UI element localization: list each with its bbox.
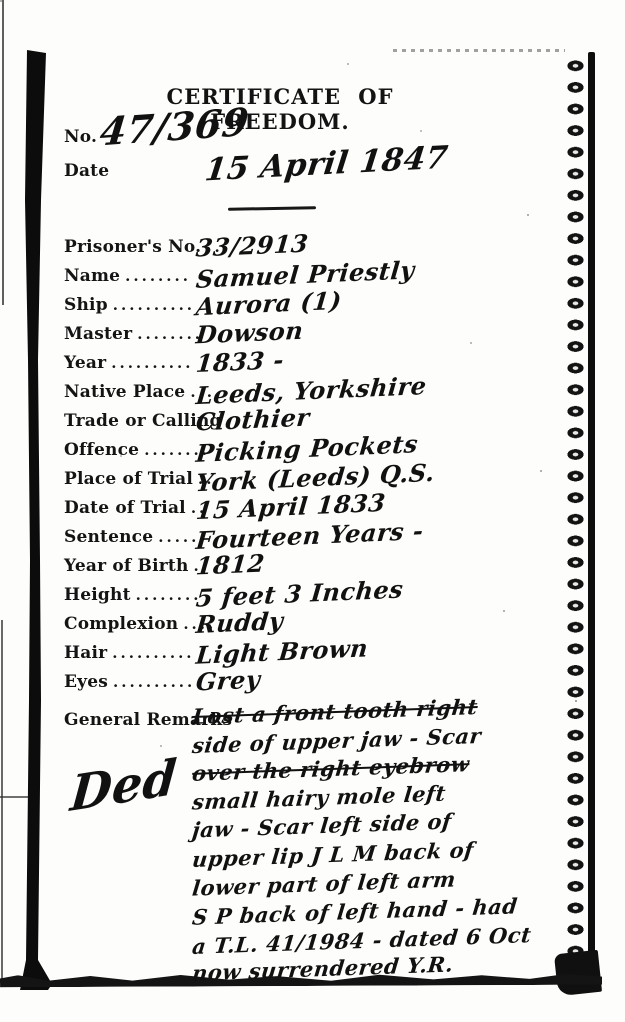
field-value-handwritten: Dowson: [195, 316, 305, 350]
date-label: Date: [64, 161, 109, 181]
field-label: Name: [64, 266, 120, 286]
field-label: Place of Trial: [64, 469, 193, 489]
dotted-leader: ........: [137, 325, 203, 343]
field-row-hair: Hair.......... Light Brown: [64, 643, 524, 672]
date-underline-stroke: [228, 206, 316, 211]
field-value-handwritten: Light Brown: [195, 633, 370, 670]
field-label: Year of Birth: [64, 556, 189, 576]
margin-initials-handwritten: Ded: [68, 749, 179, 823]
field-label: Prisoner's No.: [64, 237, 201, 257]
certificate-number-handwritten: 47/369: [98, 99, 252, 155]
general-remarks-handwritten-block: Lost a front tooth right side of upper j…: [192, 699, 592, 985]
certificate-document-page: CERTIFICATE OF FREEDOM. No. 47/369 Date …: [0, 0, 625, 1022]
field-row-height: Height........ 5 feet 3 Inches: [64, 585, 524, 614]
field-label: Date of Trial: [64, 498, 186, 518]
dotted-leader: ..........: [113, 296, 195, 314]
dotted-leader: ..........: [112, 644, 194, 662]
field-value-handwritten: 33/2913: [195, 228, 310, 262]
field-row-master: Master........ Dowson: [64, 324, 524, 353]
field-row-sentence: Sentence...... Fourteen Years -: [64, 527, 524, 556]
field-label: Native Place: [64, 382, 185, 402]
field-label: Ship: [64, 295, 108, 315]
field-label: Hair: [64, 643, 107, 663]
field-rows: Prisoner's No... 33/2913 Name........ Sa…: [64, 237, 524, 701]
scan-left-edge-dash: [0, 796, 30, 798]
scan-left-edge-line: [2, 0, 4, 305]
scan-speckles: [0, 0, 2, 2]
field-label: Complexion: [64, 614, 178, 634]
field-value-handwritten: Ruddy: [195, 606, 285, 639]
field-value-handwritten: 1812: [195, 548, 267, 580]
dotted-leader: ..........: [111, 354, 193, 372]
field-value-handwritten: Aurora (1): [195, 286, 343, 322]
no-label: No.: [64, 127, 97, 147]
field-label: Eyes: [64, 672, 108, 692]
field-value-handwritten: 1833 -: [195, 345, 286, 378]
certificate-date-handwritten: 15 April 1847: [203, 139, 450, 188]
field-label: Sentence: [64, 527, 153, 547]
field-label: Height: [64, 585, 131, 605]
field-label: Offence: [64, 440, 139, 460]
dotted-leader: ........: [136, 586, 202, 604]
field-value-handwritten: Grey: [195, 665, 262, 697]
dotted-leader: ........: [125, 267, 191, 285]
scan-top-speckle-line: [393, 49, 565, 52]
field-label: Master: [64, 324, 132, 344]
scan-left-edge-line: [1, 620, 3, 985]
dotted-leader: ..........: [113, 673, 195, 691]
field-label: Year: [64, 353, 106, 373]
field-value-handwritten: Clothier: [195, 402, 311, 436]
